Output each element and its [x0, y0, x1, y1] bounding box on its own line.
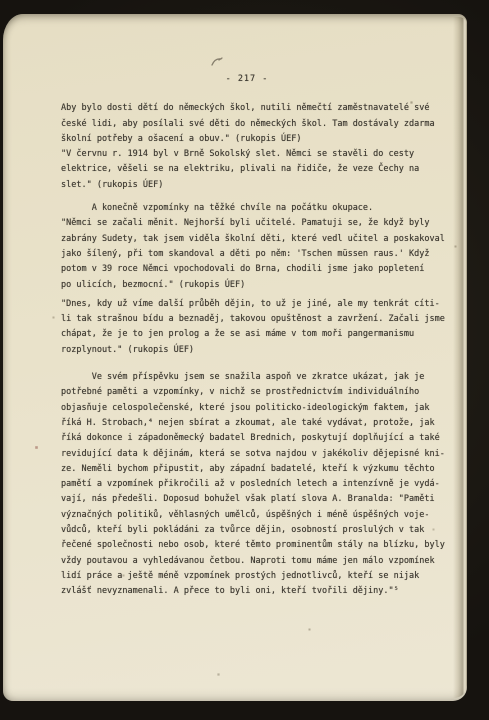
text-line: li tak strašnou bídu a beznaděj, takovou…	[61, 312, 453, 327]
text-line: zabrány Sudety, tak jsem viděla školní d…	[61, 232, 453, 247]
text-line: pamětí a vzpomínek přikročili až v posle…	[61, 477, 453, 492]
pen-annotation-icon	[210, 52, 224, 71]
text-line: rozplynout." (rukopis ÚEF)	[61, 343, 453, 358]
page-number: - 217 -	[61, 72, 433, 87]
text-line: "Němci se začali měnit. Nejhorší byli uč…	[61, 216, 453, 231]
text-line: vždy poutavou a vyhledávanou četbou. Nap…	[61, 554, 453, 569]
text-line: jako šílený, při tom skandoval a děti po…	[61, 247, 453, 262]
text-line: slet." (rukopis ÚEF)	[61, 178, 453, 193]
text-line: po ulicích, bezmocní." (rukopis ÚEF)	[61, 278, 453, 293]
scan-background: - 217 - Aby bylo dosti dětí do německých…	[0, 0, 489, 720]
text-line: revidující data k dějinám, která se sotv…	[61, 447, 453, 462]
text-line: A konečně vzpomínky na těžké chvíle na p…	[61, 201, 453, 216]
text-line: význačných politiků, věhlasných umělců, …	[61, 508, 453, 523]
paragraph: A konečně vzpomínky na těžké chvíle na p…	[61, 201, 453, 293]
text-line: školní potřeby a ošacení a obuv." (rukop…	[61, 132, 453, 147]
text-line: Ve svém příspěvku jsem se snažila aspoň …	[61, 370, 453, 385]
text-line: říká H. Strobach,⁴ nejen sbírat a zkouma…	[61, 416, 453, 431]
text-line: české lidi, aby posílali své děti do něm…	[61, 117, 453, 132]
paragraph: Aby bylo dosti dětí do německých škol, n…	[61, 101, 453, 193]
text-line: vají, nás předešli. Doposud bohužel však…	[61, 492, 453, 507]
text-line: chápat, že je to jen prolog a že se asi …	[61, 327, 453, 342]
text-line: lidí práce a ještě méně vzpomínek prostý…	[61, 569, 453, 584]
text-line: "V červnu r. 1914 byl v Brně Sokolský sl…	[61, 147, 453, 162]
text-line: "Dnes, kdy už víme další průběh dějin, t…	[61, 297, 453, 312]
text-line: potom v 39 roce Němci vpochodovali do Br…	[61, 262, 453, 277]
book-page: - 217 - Aby bylo dosti dětí do německých…	[3, 14, 467, 701]
text-line: potřebné paměti a vzpomínky, v nichž se …	[61, 385, 453, 400]
text-line: objasňuje celospolečenské, které jsou po…	[61, 401, 453, 416]
text-line: elektrice, věšeli se na elektriku, pliva…	[61, 162, 453, 177]
page-text: - 217 - Aby bylo dosti dětí do německých…	[61, 72, 453, 600]
text-line: říká dokonce i západoněmecký badatel Bre…	[61, 431, 453, 446]
text-line: zvlášť nevyznamenali. A přece to byli on…	[61, 584, 453, 599]
text-line: řečené společnosti nebo osob, které těmt…	[61, 538, 453, 553]
paragraph: Ve svém příspěvku jsem se snažila aspoň …	[61, 370, 453, 599]
paper-specks	[3, 14, 4, 15]
text-line: vůdců, kteří byli pokládáni za tvůrce dě…	[61, 523, 453, 538]
page-edge	[453, 17, 467, 698]
text-line: Aby bylo dosti dětí do německých škol, n…	[61, 101, 453, 116]
text-line: ze. Neměli bychom připustit, aby západní…	[61, 462, 453, 477]
paragraph: "Dnes, kdy už víme další průběh dějin, t…	[61, 297, 453, 358]
